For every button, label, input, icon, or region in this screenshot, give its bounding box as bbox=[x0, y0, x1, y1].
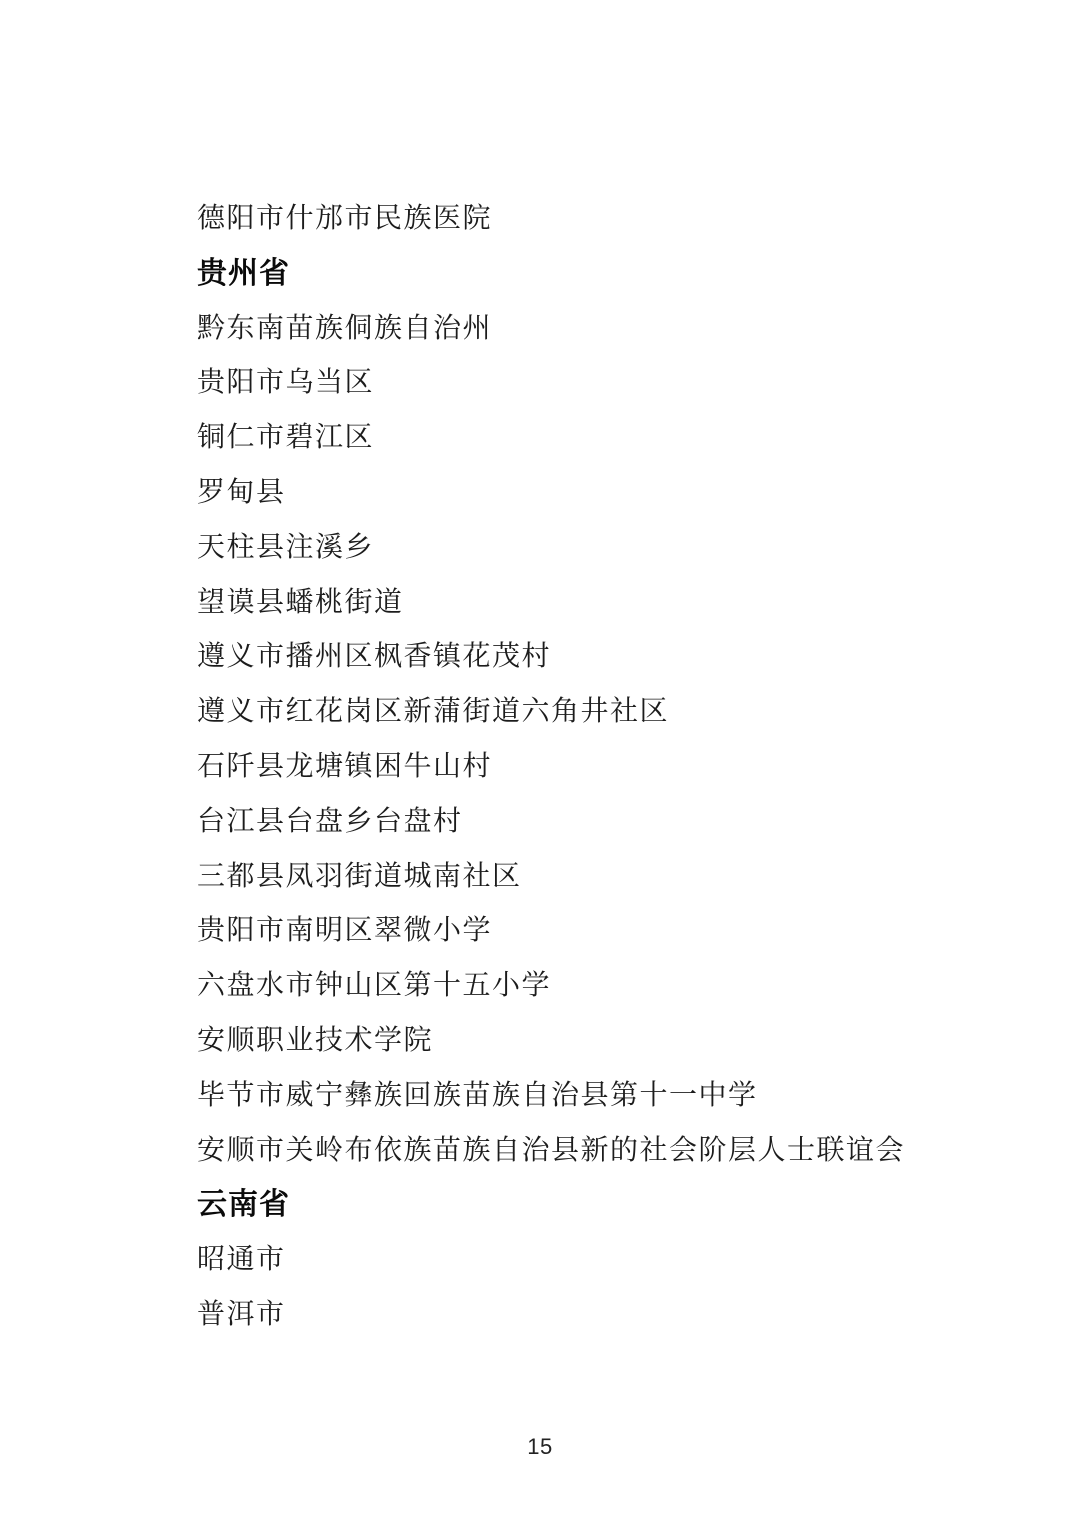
list-item: 罗甸县 bbox=[197, 466, 960, 521]
list-item: 贵阳市乌当区 bbox=[197, 356, 960, 411]
list-item: 昭通市 bbox=[197, 1233, 960, 1288]
list-item: 铜仁市碧江区 bbox=[197, 411, 960, 466]
list-item: 遵义市播州区枫香镇花茂村 bbox=[197, 630, 960, 685]
list-item: 贵阳市南明区翠微小学 bbox=[197, 904, 960, 959]
province-header-guizhou: 贵州省 bbox=[197, 247, 960, 302]
list-item: 普洱市 bbox=[197, 1288, 960, 1343]
list-item: 毕节市威宁彝族回族苗族自治县第十一中学 bbox=[197, 1069, 960, 1124]
list-item: 石阡县龙塘镇困牛山村 bbox=[197, 740, 960, 795]
province-header-yunnan: 云南省 bbox=[197, 1178, 960, 1233]
page-number: 15 bbox=[0, 1434, 1080, 1460]
list-item: 台江县台盘乡台盘村 bbox=[197, 795, 960, 850]
list-item: 黔东南苗族侗族自治州 bbox=[197, 302, 960, 357]
list-item: 六盘水市钟山区第十五小学 bbox=[197, 959, 960, 1014]
list-item: 遵义市红花岗区新蒲街道六角井社区 bbox=[197, 685, 960, 740]
document-content: 德阳市什邡市民族医院 贵州省 黔东南苗族侗族自治州 贵阳市乌当区 铜仁市碧江区 … bbox=[197, 192, 960, 1343]
document-page: 德阳市什邡市民族医院 贵州省 黔东南苗族侗族自治州 贵阳市乌当区 铜仁市碧江区 … bbox=[0, 0, 1080, 1527]
list-item: 三都县凤羽街道城南社区 bbox=[197, 850, 960, 905]
list-item-hospital: 德阳市什邡市民族医院 bbox=[197, 192, 960, 247]
list-item: 安顺职业技术学院 bbox=[197, 1014, 960, 1069]
list-item: 望谟县蟠桃街道 bbox=[197, 576, 960, 631]
list-item: 天柱县注溪乡 bbox=[197, 521, 960, 576]
list-item: 安顺市关岭布依族苗族自治县新的社会阶层人士联谊会 bbox=[197, 1124, 960, 1179]
